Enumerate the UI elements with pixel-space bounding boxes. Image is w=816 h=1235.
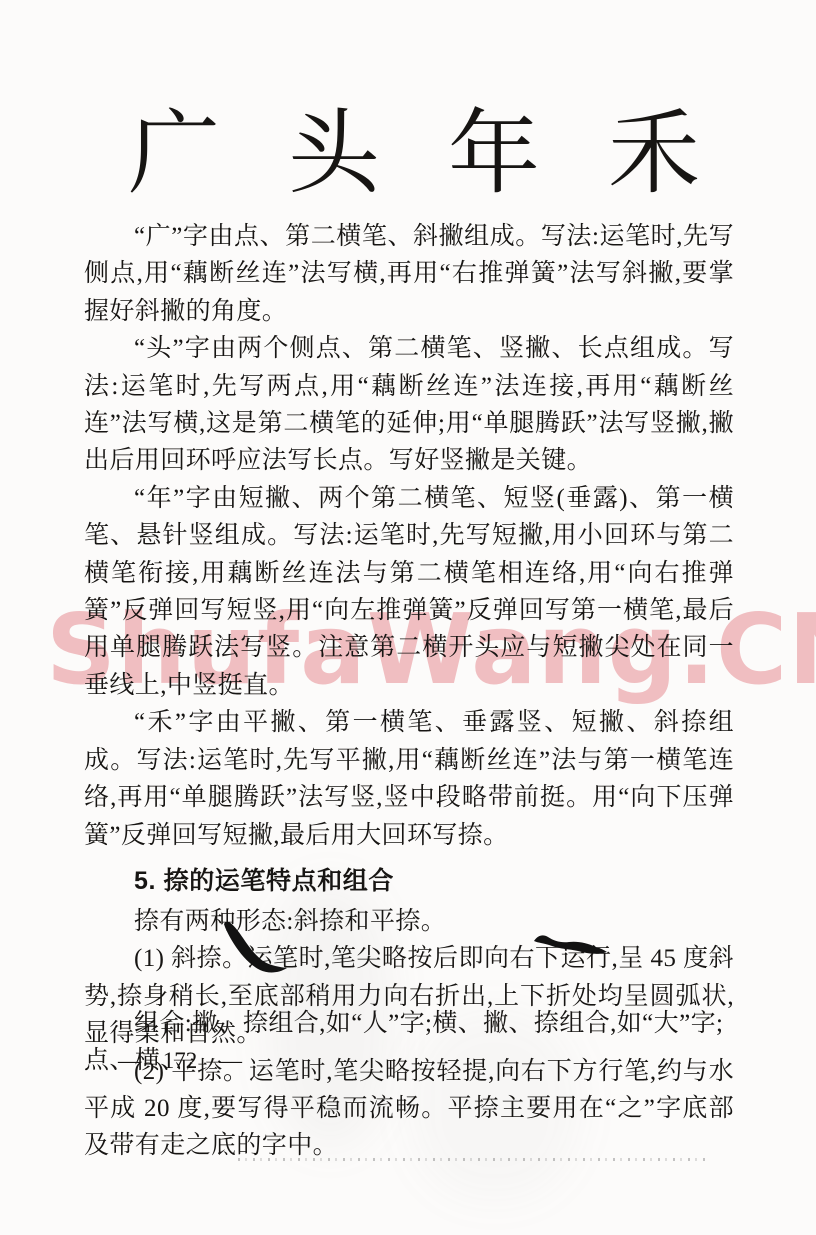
- paragraph-tou: “头”字由两个侧点、第二横笔、竖撇、长点组成。写法:运笔时,先写两点,用“藕断丝…: [84, 330, 734, 480]
- paragraph-guang: “广”字由点、第二横笔、斜撇组成。写法:运笔时,先写侧点,用“藕断丝连”法写横,…: [84, 218, 734, 330]
- section-heading: 5. 捺的运笔特点和组合: [84, 863, 734, 900]
- page-number: — 172 —: [118, 1046, 242, 1076]
- paragraph-nian: “年”字由短撇、两个第二横笔、短竖(垂露)、第一横笔、悬针竖组成。写法:运笔时,…: [84, 480, 734, 704]
- xie-na-brush-stroke-icon: [219, 920, 291, 980]
- headline-char-tou: 头: [288, 104, 380, 204]
- ping-na-brush-stroke-icon: [530, 932, 610, 962]
- headline-characters: 广 头 年 禾: [128, 104, 700, 204]
- headline-char-guang: 广: [128, 104, 220, 204]
- headline-char-nian: 年: [448, 104, 540, 204]
- book-page: ShufaWang.CN 广 头 年 禾 “广”字由点、第二横笔、斜撇组成。写法…: [0, 0, 816, 1235]
- paragraph-he: “禾”字由平撇、第一横笔、垂露竖、短撇、斜捺组成。写法:运笔时,先写平撇,用“藕…: [84, 704, 734, 854]
- headline-char-he: 禾: [608, 104, 700, 204]
- stroke-examples: [0, 912, 816, 1007]
